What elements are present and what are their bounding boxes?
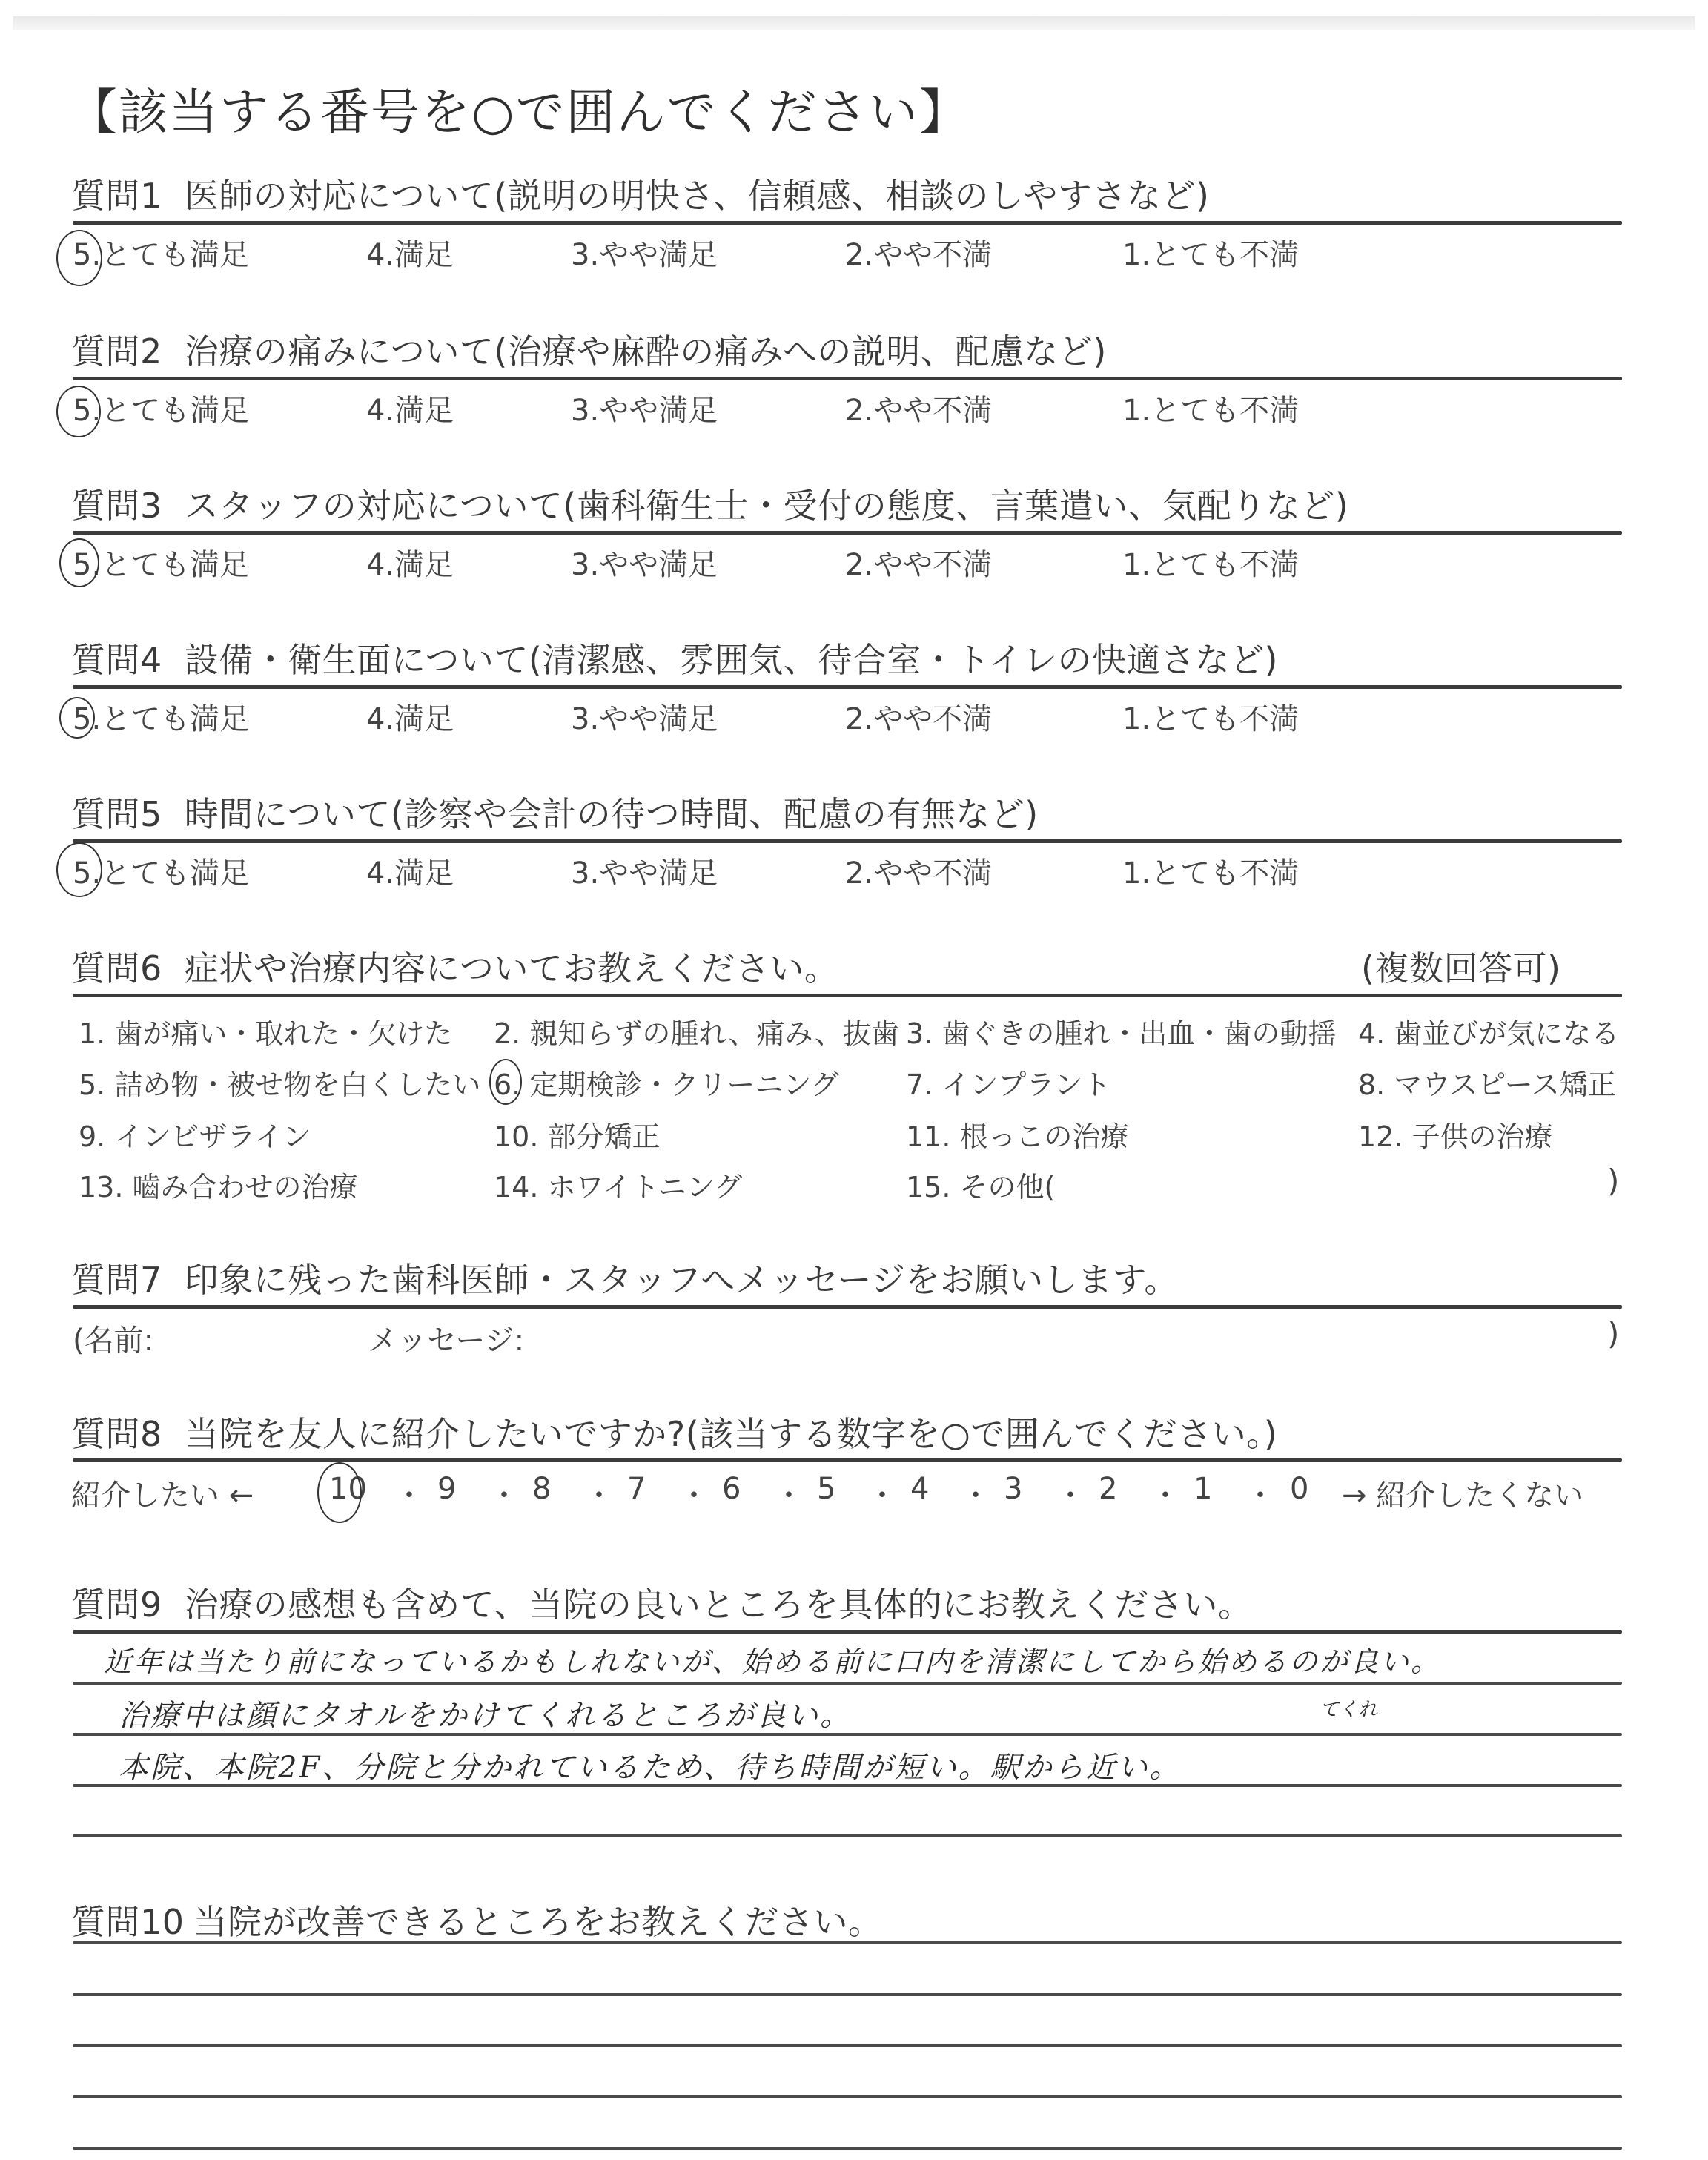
question-7-text: 印象に残った歯科医師・スタッフへメッセージをお願いします。 (185, 1260, 1179, 1300)
q6-other-close-paren: ) (1607, 1163, 1619, 1199)
question-4-number: 質問4 (71, 640, 162, 680)
q9-answer-line-3[interactable]: 本院、本院2F、分院と分かれているため、待ち時間が短い。駅から近い。 (119, 1744, 1182, 1786)
q8-left-label: 紹介したい ← (71, 1472, 254, 1514)
q2-option-3[interactable]: 3.やや満足 (571, 387, 718, 429)
q8-sep: ・ (867, 1472, 897, 1514)
q8-sep: ・ (1245, 1472, 1275, 1514)
q5-option-4[interactable]: 4.満足 (366, 850, 454, 892)
question-5-number: 質問5 (71, 794, 162, 834)
q6-option-8[interactable]: 8. マウスピース矯正 (1358, 1062, 1616, 1103)
question-9-rule (73, 1630, 1622, 1634)
q1-option-1[interactable]: 1.とても不満 (1122, 231, 1299, 274)
question-1-options: 5.とても満足 4.満足 3.やや満足 2.やや不満 1.とても不満 (0, 231, 1708, 276)
q8-score-2[interactable]: 2 (1099, 1472, 1117, 1506)
q10-answer-rule-4 (73, 2095, 1622, 2098)
question-10-number: 質問10 (71, 1902, 185, 1942)
page-title: 【該当する番号を○で囲んでください】 (68, 73, 970, 143)
question-10-heading: 質問10当院が改善できるところをお教えください。 (71, 1895, 883, 1944)
question-4-rule (73, 685, 1622, 689)
q2-option-4[interactable]: 4.満足 (366, 387, 454, 429)
question-6-number: 質問6 (71, 948, 162, 988)
q8-score-7[interactable]: 7 (627, 1472, 646, 1506)
q2-option-1[interactable]: 1.とても不満 (1122, 387, 1299, 429)
question-4-options: 5.とても満足 4.満足 3.やや満足 2.やや不満 1.とても不満 (0, 696, 1708, 740)
q8-score-9[interactable]: 9 (437, 1472, 456, 1506)
question-9-number: 質問9 (71, 1585, 162, 1625)
q9-answer-rule-4 (73, 1834, 1622, 1837)
q6-option-9[interactable]: 9. インビザライン (79, 1114, 311, 1155)
question-8-rule (73, 1458, 1622, 1462)
q8-sep: ・ (1151, 1472, 1180, 1514)
q9-answer-rule-2 (73, 1733, 1622, 1736)
q7-message-label: メッセージ: (368, 1317, 524, 1359)
question-6-rule (73, 994, 1622, 997)
q4-option-3[interactable]: 3.やや満足 (571, 696, 718, 738)
question-4-text: 設備・衛生面について(清潔感、雰囲気、待合室・トイレの快適さなど) (185, 640, 1278, 680)
q6-option-5[interactable]: 5. 詰め物・被せ物を白くしたい (79, 1062, 480, 1103)
q9-answer-rule-1 (73, 1682, 1622, 1685)
q9-answer-line-2[interactable]: 治療中は顔にタオルをかけてくれるところが良い。 (119, 1692, 852, 1734)
q9-insertion-note: てくれ (1320, 1694, 1377, 1722)
question-7-rule (73, 1305, 1622, 1309)
question-9-text: 治療の感想も含めて、当院の良いところを具体的にお教えください。 (185, 1585, 1253, 1625)
q2-option-2[interactable]: 2.やや不満 (845, 387, 992, 429)
q3-option-2[interactable]: 2.やや不満 (845, 541, 992, 584)
question-1-rule (73, 221, 1622, 225)
question-3-options: 5.とても満足 4.満足 3.やや満足 2.やや不満 1.とても不満 (0, 541, 1708, 586)
question-1-text: 医師の対応について(説明の明快さ、信頼感、相談のしやすさなど) (185, 176, 1210, 216)
q6-option-11[interactable]: 11. 根っこの治療 (906, 1114, 1129, 1155)
q8-score-0[interactable]: 0 (1290, 1472, 1308, 1506)
question-4-heading: 質問4設備・衛生面について(清潔感、雰囲気、待合室・トイレの快適さなど) (71, 633, 1278, 682)
q7-name-label: (名前: (73, 1317, 153, 1359)
q3-option-3[interactable]: 3.やや満足 (571, 541, 718, 584)
question-6-multiple-note: (複数回答可) (1361, 942, 1560, 991)
q1-option-4[interactable]: 4.満足 (366, 231, 454, 274)
q6-option-12[interactable]: 12. 子供の治療 (1358, 1114, 1553, 1155)
q3-option-4[interactable]: 4.満足 (366, 541, 454, 584)
q6-option-7[interactable]: 7. インプラント (906, 1062, 1110, 1103)
q9-answer-rule-3 (73, 1784, 1622, 1787)
q6-option-14[interactable]: 14. ホワイトニング (494, 1164, 742, 1205)
q6-option-1[interactable]: 1. 歯が痛い・取れた・欠けた (79, 1011, 452, 1051)
question-3-number: 質問3 (71, 486, 162, 526)
question-8-text: 当院を友人に紹介したいですか?(該当する数字を○で囲んでください。) (185, 1414, 1277, 1454)
question-3-text: スタッフの対応について(歯科衛生士・受付の態度、言葉遣い、気配りなど) (185, 486, 1348, 526)
question-9-heading: 質問9治療の感想も含めて、当院の良いところを具体的にお教えください。 (71, 1578, 1252, 1627)
q5-option-1[interactable]: 1.とても不満 (1122, 850, 1299, 892)
question-2-number: 質問2 (71, 331, 162, 371)
q3-option-1[interactable]: 1.とても不満 (1122, 541, 1299, 584)
q8-sep: ・ (584, 1472, 614, 1514)
scan-top-edge (13, 16, 1695, 30)
q6-option-15-other[interactable]: 15. その他( (906, 1164, 1055, 1205)
q8-sep: ・ (489, 1472, 519, 1514)
q10-answer-rule-3 (73, 2044, 1622, 2047)
q8-score-4[interactable]: 4 (910, 1472, 929, 1506)
question-6-text: 症状や治療内容についてお教えください。 (185, 948, 839, 988)
question-2-text: 治療の痛みについて(治療や麻酔の痛みへの説明、配慮など) (185, 331, 1107, 371)
q8-score-1[interactable]: 1 (1194, 1472, 1212, 1506)
q6-selection-circle (489, 1059, 522, 1105)
q9-answer-line-1[interactable]: 近年は当たり前になっているかもしれないが、始める前に口内を清潔にしてから始めるの… (104, 1639, 1441, 1680)
q8-right-label: → 紹介したくない (1342, 1472, 1583, 1514)
question-7-heading: 質問7印象に残った歯科医師・スタッフへメッセージをお願いします。 (71, 1253, 1179, 1302)
q3-selection-circle (59, 538, 99, 587)
question-10-text: 当院が改善できるところをお教えください。 (193, 1902, 883, 1942)
q1-selection-circle (56, 230, 102, 286)
q1-option-3[interactable]: 3.やや満足 (571, 231, 718, 274)
q5-option-2[interactable]: 2.やや不満 (845, 850, 992, 892)
question-3-heading: 質問3スタッフの対応について(歯科衛生士・受付の態度、言葉遣い、気配りなど) (71, 479, 1348, 528)
q10-answer-rule-2 (73, 1993, 1622, 1996)
q6-option-6[interactable]: 6. 定期検診・クリーニング (494, 1062, 839, 1103)
q7-name-field[interactable] (222, 1317, 356, 1354)
q10-answer-rule-1 (73, 1941, 1622, 1944)
q10-answer-rule-5 (73, 2147, 1622, 2150)
question-5-heading: 質問5時間について(診察や会計の待つ時間、配慮の有無など) (71, 787, 1039, 836)
question-5-text: 時間について(診察や会計の待つ時間、配慮の有無など) (185, 794, 1039, 834)
q4-option-1[interactable]: 1.とても不満 (1122, 696, 1299, 738)
q4-selection-circle (59, 697, 95, 739)
question-2-heading: 質問2治療の痛みについて(治療や麻酔の痛みへの説明、配慮など) (71, 325, 1107, 374)
q7-close-paren: ) (1607, 1315, 1619, 1352)
q2-selection-circle (56, 386, 101, 437)
q4-option-4[interactable]: 4.満足 (366, 696, 454, 738)
question-2-rule (73, 377, 1622, 380)
q5-option-3[interactable]: 3.やや満足 (571, 850, 718, 892)
q8-sep: ・ (394, 1472, 424, 1514)
question-5-rule (73, 839, 1622, 843)
q5-selection-circle (56, 842, 102, 897)
question-5-options: 5.とても満足 4.満足 3.やや満足 2.やや不満 1.とても不満 (0, 850, 1708, 894)
q6-option-4[interactable]: 4. 歯並びが気になる (1358, 1011, 1619, 1051)
question-6-heading: 質問6症状や治療内容についてお教えください。 (71, 942, 838, 991)
q8-selection-circle (317, 1462, 362, 1523)
q4-option-2[interactable]: 2.やや不満 (845, 696, 992, 738)
q8-score-8[interactable]: 8 (532, 1472, 551, 1506)
question-1-heading: 質問1医師の対応について(説明の明快さ、信頼感、相談のしやすさなど) (71, 169, 1209, 218)
question-7-number: 質問7 (71, 1260, 162, 1300)
q7-message-field[interactable] (549, 1317, 1586, 1354)
q8-sep: ・ (774, 1472, 804, 1514)
question-1-number: 質問1 (71, 176, 162, 216)
q6-option-2[interactable]: 2. 親知らずの腫れ、痛み、抜歯 (494, 1011, 899, 1051)
q6-option-3[interactable]: 3. 歯ぐきの腫れ・出血・歯の動揺 (906, 1011, 1336, 1051)
question-3-rule (73, 531, 1622, 535)
q8-score-5[interactable]: 5 (817, 1472, 835, 1506)
question-2-options: 5.とても満足 4.満足 3.やや満足 2.やや不満 1.とても不満 (0, 387, 1708, 432)
q8-score-6[interactable]: 6 (722, 1472, 741, 1506)
q4-option-5[interactable]: 5.とても満足 (73, 696, 249, 738)
q8-sep: ・ (679, 1472, 709, 1514)
q8-sep: ・ (961, 1472, 990, 1514)
question-8-heading: 質問8当院を友人に紹介したいですか?(該当する数字を○で囲んでください。) (71, 1407, 1277, 1456)
q8-score-3[interactable]: 3 (1004, 1472, 1022, 1506)
q6-option-13[interactable]: 13. 嚙み合わせの治療 (79, 1164, 358, 1205)
question-8-number: 質問8 (71, 1414, 162, 1454)
q8-sep: ・ (1056, 1472, 1085, 1514)
q1-option-2[interactable]: 2.やや不満 (845, 231, 992, 274)
q6-option-10[interactable]: 10. 部分矯正 (494, 1114, 661, 1155)
